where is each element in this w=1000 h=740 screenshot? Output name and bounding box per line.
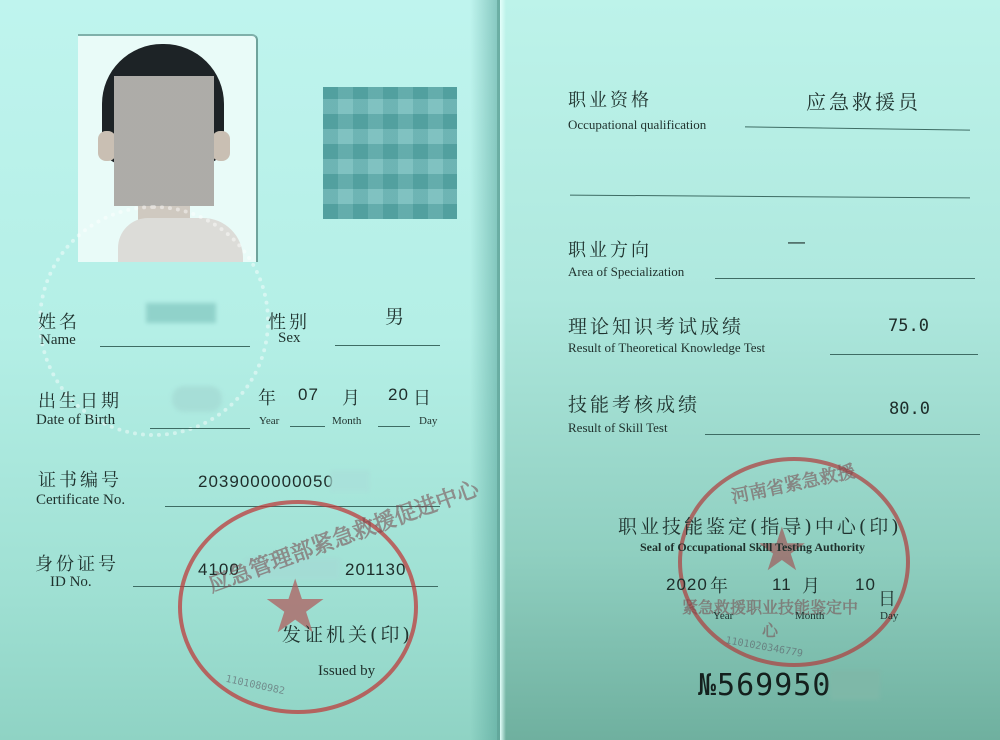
birth-label-zh: 出生日期 xyxy=(38,387,122,413)
issue-month-value: 11 xyxy=(772,575,792,595)
authority-stamp-text-bottom: 紧急救援职业技能鉴定中心 xyxy=(680,595,860,641)
authority-label-en: Seal of Occupational Skill Testing Autho… xyxy=(640,540,865,555)
redacted-block xyxy=(323,87,457,219)
certificate-right-page: 职业资格 Occupational qualification 应急救援员 职业… xyxy=(500,0,1000,740)
theory-label-zh: 理论知识考试成绩 xyxy=(568,312,744,339)
name-underline xyxy=(100,346,250,347)
theory-score-value: 75.0 xyxy=(888,316,929,336)
serial-number: №569950 xyxy=(698,668,831,703)
id-label-zh: 身份证号 xyxy=(35,550,119,576)
qualification-underline-2 xyxy=(570,195,970,199)
theory-label-en: Result of Theoretical Knowledge Test xyxy=(568,340,765,356)
cert-no-value: 2039000000050 xyxy=(198,472,334,492)
skill-label-en: Result of Skill Test xyxy=(568,420,668,436)
issue-month-en: Month xyxy=(795,610,824,622)
qualification-value: 应急救援员 xyxy=(806,86,921,115)
issue-day-zh: 日 xyxy=(878,585,899,611)
issue-month-zh: 月 xyxy=(802,572,823,598)
birth-year-en: Year xyxy=(259,415,279,427)
serial-redacted xyxy=(830,670,880,700)
issue-year-value: 2020 xyxy=(666,575,708,595)
photo-ear xyxy=(212,131,230,161)
birth-year-redacted xyxy=(172,386,222,412)
issuer-label-en: Issued by xyxy=(318,663,375,680)
issue-day-value: 10 xyxy=(855,575,876,595)
birth-month-underline xyxy=(290,426,325,427)
qualification-underline xyxy=(745,126,970,130)
birth-month-en: Month xyxy=(332,415,361,427)
theory-underline xyxy=(830,354,978,355)
name-redacted xyxy=(146,303,216,323)
sex-underline xyxy=(335,345,440,346)
skill-underline xyxy=(705,434,980,435)
cert-no-redacted xyxy=(330,470,370,492)
sex-label-en: Sex xyxy=(278,330,301,347)
certificate-left-page: 姓名 Name 性别 Sex 男 出生日期 Date of Birth 年 Ye… xyxy=(0,0,500,740)
cert-no-label-zh: 证书编号 xyxy=(38,466,122,492)
id-label-en: ID No. xyxy=(50,574,92,591)
specialization-value: — xyxy=(788,232,806,252)
specialization-underline xyxy=(715,278,975,279)
birth-year-zh: 年 xyxy=(258,384,279,410)
issue-year-en: Year xyxy=(713,610,733,622)
skill-label-zh: 技能考核成绩 xyxy=(568,390,700,417)
sex-value: 男 xyxy=(385,302,407,329)
birth-year-underline xyxy=(150,428,250,429)
name-label-en: Name xyxy=(40,332,76,349)
skill-score-value: 80.0 xyxy=(889,399,930,419)
qualification-label-en: Occupational qualification xyxy=(568,117,706,133)
cert-no-label-en: Certificate No. xyxy=(36,492,125,509)
name-label-zh: 姓名 xyxy=(38,308,80,334)
authority-label-zh: 职业技能鉴定(指导)中心(印) xyxy=(618,512,902,539)
issue-day-en: Day xyxy=(880,610,898,622)
specialization-label-en: Area of Specialization xyxy=(568,264,684,280)
birth-label-en: Date of Birth xyxy=(36,412,115,429)
qualification-label-zh: 职业资格 xyxy=(568,86,652,112)
pixelated-face xyxy=(114,76,214,206)
birth-day-value: 20 xyxy=(388,385,409,405)
issue-year-zh: 年 xyxy=(710,572,731,598)
birth-day-zh: 日 xyxy=(413,384,431,410)
birth-month-zh: 月 xyxy=(342,384,363,410)
birth-day-underline xyxy=(378,426,410,427)
birth-month-value: 07 xyxy=(298,385,319,405)
birth-day-en: Day xyxy=(419,415,437,427)
specialization-label-zh: 职业方向 xyxy=(568,236,652,262)
issuer-label-zh: 发证机关(印) xyxy=(282,620,413,647)
